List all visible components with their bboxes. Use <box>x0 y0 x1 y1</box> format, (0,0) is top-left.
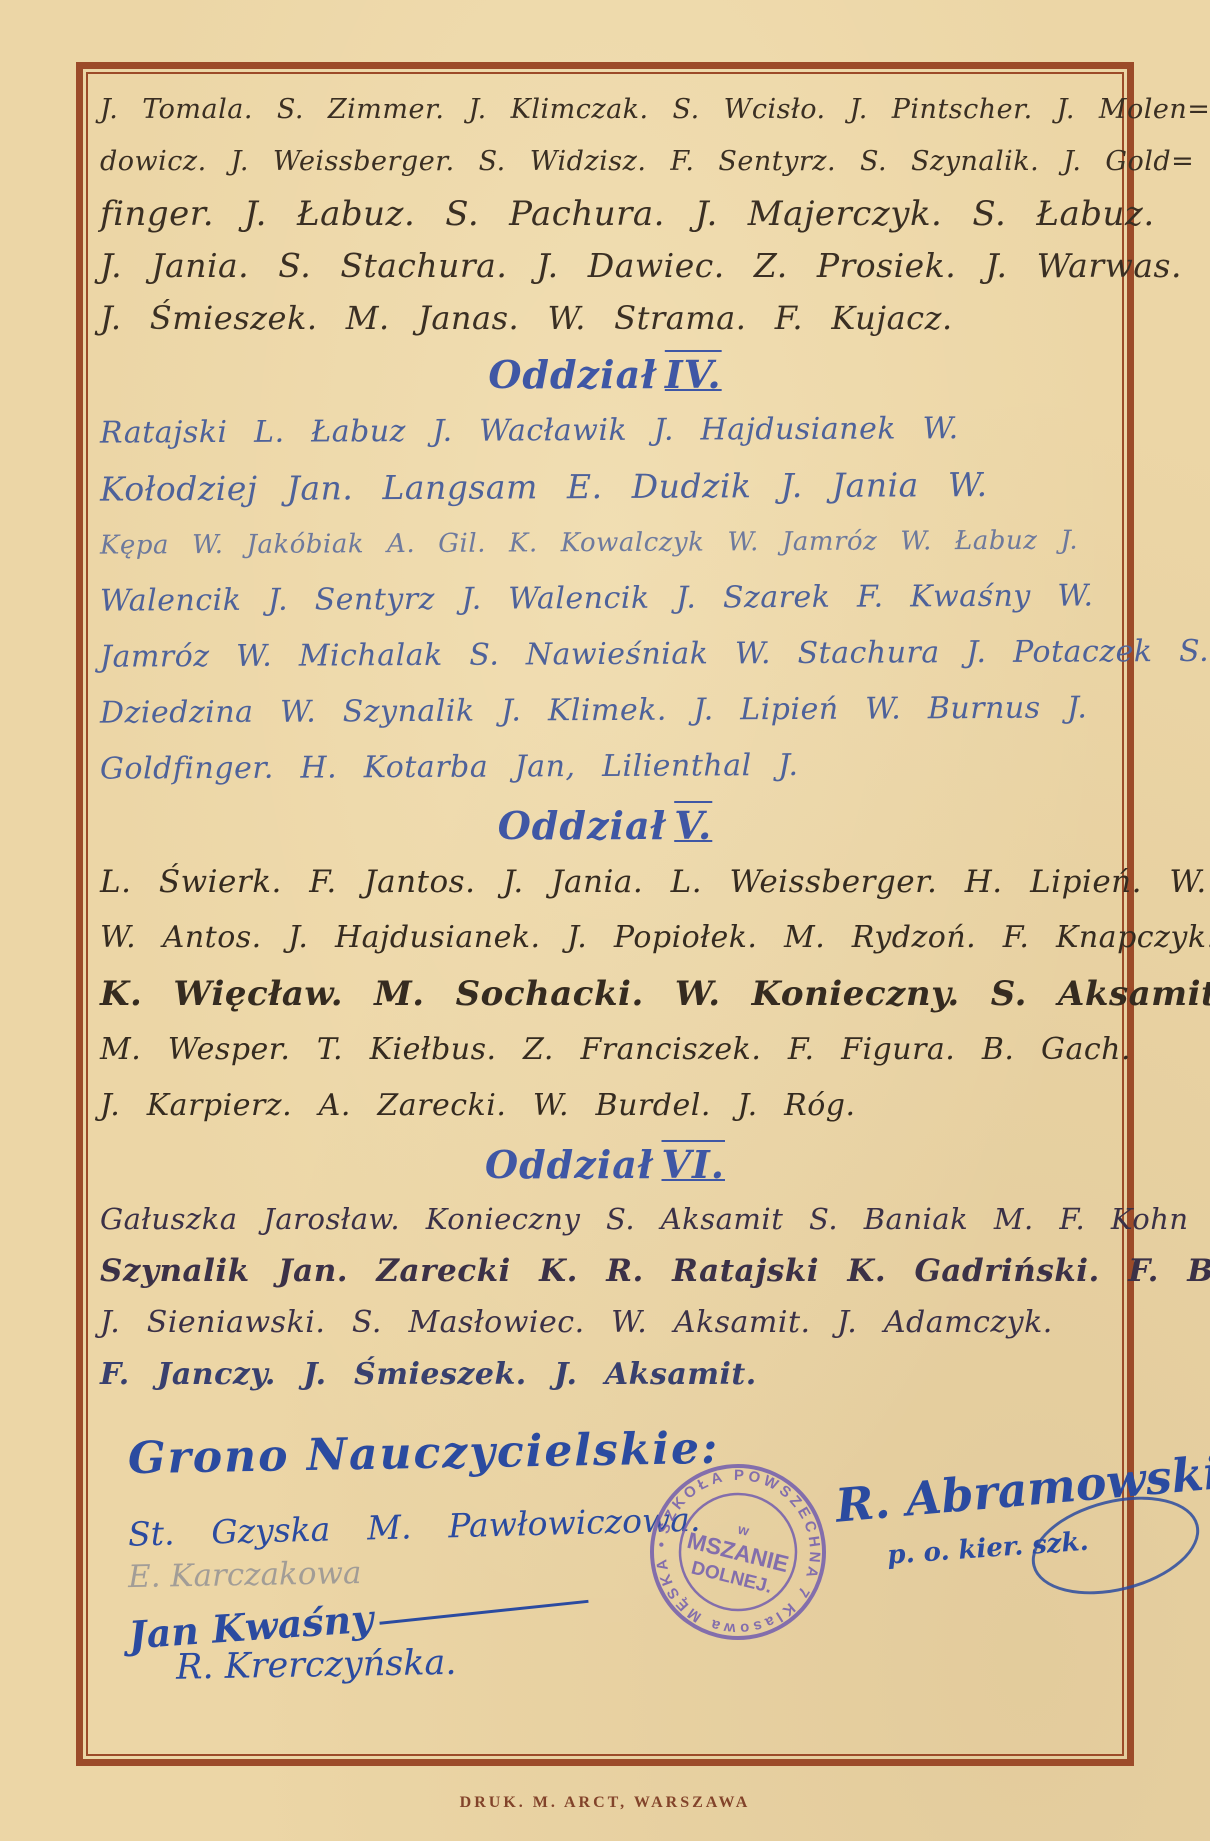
signatures-content: J. Tomala. S. Zimmer. J. Klimczak. S. Wc… <box>100 84 1110 1401</box>
principal-signature-block: R. Abramowski p. o. kier. szk. <box>835 1462 1195 1560</box>
signature-line: Gałuszka Jarosław. Konieczny S. Aksamit … <box>100 1193 1110 1245</box>
printer-credit: DRUK. M. ARCT, WARSZAWA <box>0 1794 1210 1812</box>
section-header-oddzial-iv: OddziałIV. <box>100 352 1110 397</box>
section-intro-signatures: J. Tomala. S. Zimmer. J. Klimczak. S. Wc… <box>100 84 1110 344</box>
section-oddzial-vi-signatures: Gałuszka Jarosław. Konieczny S. Aksamit … <box>100 1193 1110 1401</box>
signature-line: Walencik J. Sentyrz J. Walencik J. Szare… <box>100 568 1110 629</box>
signature-line: Jamróz W. Michalak S. Nawieśniak W. Stac… <box>100 624 1110 685</box>
teachers-heading: Grono Nauczycielskie: <box>128 1423 720 1484</box>
header-roman-numeral: IV. <box>665 352 722 397</box>
signature-line: J. Karpierz. A. Zarecki. W. Burdel. J. R… <box>100 1078 1110 1134</box>
section-oddzial-v-signatures: L. Świerk. F. Jantos. J. Jania. L. Weiss… <box>100 854 1110 1134</box>
signature-line: J. Jania. S. Stachura. J. Dawiec. Z. Pro… <box>100 240 1110 292</box>
header-word: Oddział <box>498 803 667 848</box>
teachers-section: Grono Nauczycielskie: St. Gzyska M. Pawł… <box>128 1428 719 1683</box>
header-word: Oddział <box>485 1142 654 1187</box>
signature-line: W. Antos. J. Hajdusianek. J. Popiołek. M… <box>100 910 1110 966</box>
signature-line: dowicz. J. Weissberger. S. Widzisz. F. S… <box>100 136 1110 188</box>
signature-line: K. Więcław. M. Sochacki. W. Konieczny. S… <box>100 966 1110 1022</box>
signature-line: Szynalik Jan. Zarecki K. R. Ratajski K. … <box>100 1245 1110 1297</box>
signature-line: Dziedzina W. Szynalik J. Klimek. J. Lipi… <box>100 680 1110 741</box>
signature-line: Goldfinger. H. Kotarba Jan, Lilienthal J… <box>100 736 1110 797</box>
signature-line: J. Tomala. S. Zimmer. J. Klimczak. S. Wc… <box>100 84 1110 136</box>
signature-line: Kępa W. Jakóbiak A. Gil. K. Kowalczyk W.… <box>100 512 1110 573</box>
signature-line: J. Sieniawski. S. Masłowiec. W. Aksamit.… <box>100 1297 1110 1349</box>
section-header-oddzial-vi: OddziałVI. <box>100 1142 1110 1187</box>
signature-line: finger. J. Łabuz. S. Pachura. J. Majercz… <box>100 188 1110 240</box>
signature-line: F. Janczy. J. Śmieszek. J. Aksamit. <box>100 1349 1110 1401</box>
section-header-oddzial-v: OddziałV. <box>100 803 1110 848</box>
header-roman-numeral: VI. <box>662 1142 726 1187</box>
stamp-center-w: w <box>735 1520 751 1538</box>
signature-line: Kołodziej Jan. Langsam E. Dudzik J. Jani… <box>100 456 1110 517</box>
section-oddzial-iv-signatures: Ratajski L. Łabuz J. Wacławik J. Hajdusi… <box>100 403 1110 795</box>
teacher-signature: St. Gzyska M. Pawłowiczowa. <box>128 1499 720 1553</box>
signature-line: Ratajski L. Łabuz J. Wacławik J. Hajdusi… <box>100 400 1110 461</box>
teacher-signature: R. Krerczyńska. <box>176 1638 720 1687</box>
signature-line: M. Wesper. T. Kiełbus. Z. Franciszek. F.… <box>100 1022 1110 1078</box>
header-word: Oddział <box>488 352 657 397</box>
signature-line: L. Świerk. F. Jantos. J. Jania. L. Weiss… <box>100 854 1110 910</box>
signature-line: J. Śmieszek. M. Janas. W. Strama. F. Kuj… <box>100 292 1110 344</box>
header-roman-numeral: V. <box>674 803 712 848</box>
